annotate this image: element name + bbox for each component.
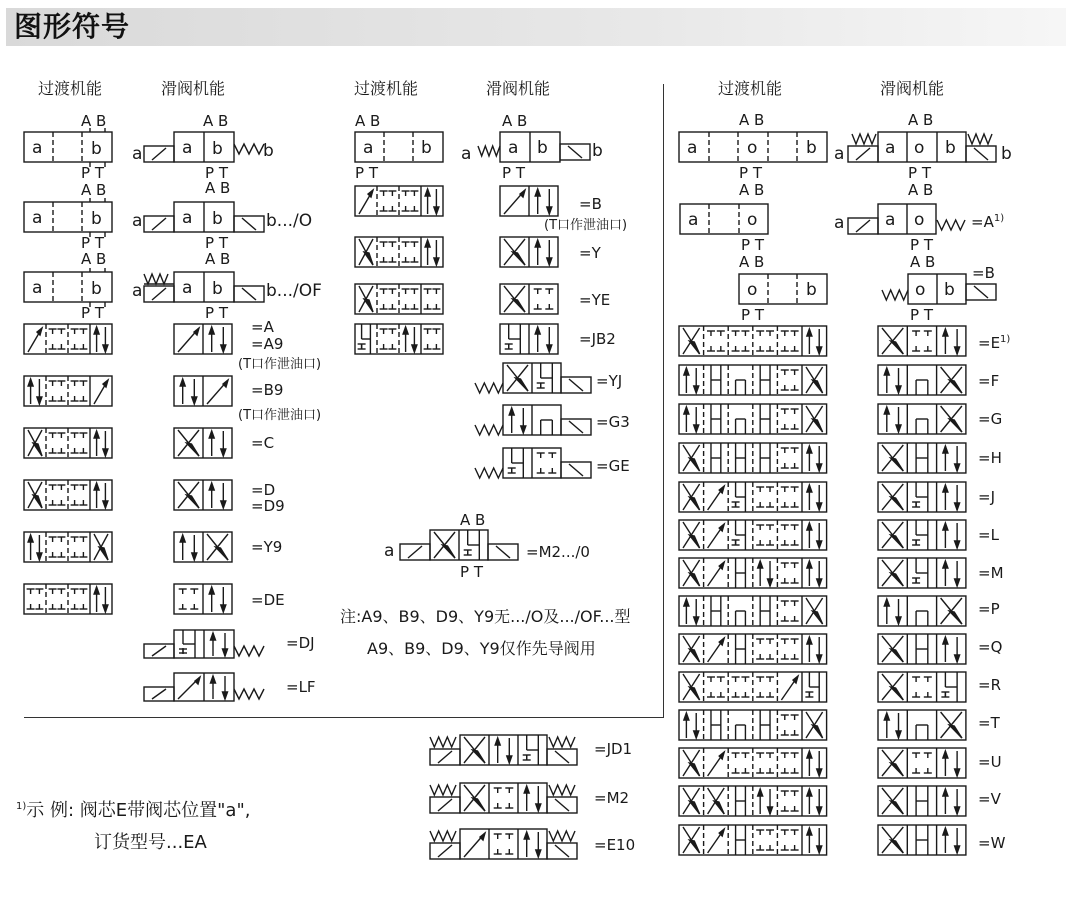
code-label: =DJ — [286, 636, 315, 651]
svg-text:a: a — [32, 208, 42, 228]
code-label: b — [1001, 146, 1012, 163]
svg-text:b: b — [91, 209, 102, 229]
code-label: =E10 — [594, 838, 635, 853]
svg-text:a: a — [508, 138, 518, 158]
code-label: b.../O — [266, 213, 312, 230]
svg-text:o: o — [747, 280, 757, 300]
svg-text:a: a — [182, 138, 192, 158]
code-label: =Y9 — [251, 540, 282, 555]
code-label: =JB2 — [579, 332, 616, 347]
example-text: 示 例: 阀芯E带阀芯位置"a", — [26, 800, 250, 821]
port-label-ab: A B — [205, 252, 230, 267]
code-label: =G — [978, 412, 1002, 427]
code-label: =B — [972, 266, 995, 281]
port-label-pt: P T — [81, 166, 104, 181]
port-label-pt: P T — [502, 166, 525, 181]
code-label: =YJ — [596, 374, 622, 389]
code-label: =J — [978, 490, 995, 505]
port-label-pt: P T — [205, 236, 228, 251]
port-label-ab: A B — [205, 181, 230, 196]
svg-text:a: a — [688, 210, 698, 230]
svg-text:b: b — [945, 138, 956, 158]
code-text: =P — [978, 600, 1000, 618]
code-label: =H — [978, 451, 1002, 466]
svg-text:b: b — [537, 138, 548, 158]
code-label: =C — [251, 436, 274, 451]
code-text: =J — [978, 488, 995, 506]
example-footnote-line-2: 订货型号...EA — [94, 828, 207, 854]
code-label: =Q — [978, 640, 1002, 655]
code-text: =A — [971, 213, 994, 231]
code-label: =A — [251, 320, 274, 335]
code-label: =D — [251, 483, 275, 498]
svg-text:o: o — [747, 138, 757, 158]
svg-text:o: o — [915, 280, 925, 300]
footnote-marker: 1) — [16, 801, 26, 812]
port-label-ab: A B — [502, 114, 527, 129]
position-label-a: a — [834, 215, 844, 232]
port-label-ab: A B — [739, 255, 764, 270]
svg-text:b: b — [944, 280, 955, 300]
position-label-a: a — [834, 146, 844, 163]
port-label-ab: A B — [908, 113, 933, 128]
code-label: =A9 — [251, 337, 283, 352]
svg-text:o: o — [747, 210, 757, 230]
svg-text:b: b — [421, 138, 432, 158]
code-label: b — [592, 143, 603, 160]
port-label-ab: A B — [908, 183, 933, 198]
code-label: =T — [978, 716, 1000, 731]
footnote-line-1: 注:A9、B9、D9、Y9无.../O及.../OF...型 — [340, 604, 631, 627]
port-label-ab: A B — [203, 114, 228, 129]
port-label-pt: P T — [908, 166, 931, 181]
code-label: =JD1 — [594, 742, 632, 757]
code-text: =L — [978, 526, 999, 544]
svg-text:a: a — [182, 278, 192, 298]
port-label-ab: A B — [81, 114, 106, 129]
code-text: =F — [978, 372, 999, 390]
port-label-pt: P T — [910, 308, 933, 323]
note-label: (T口作泄油口) — [238, 358, 321, 371]
svg-text:b: b — [212, 139, 223, 159]
port-label-pt: P T — [741, 308, 764, 323]
code-text: =U — [978, 753, 1002, 771]
code-label: =Y — [579, 246, 601, 261]
code-label: =G3 — [596, 415, 630, 430]
code-label: b — [263, 143, 274, 160]
port-label-pt: P T — [460, 565, 483, 580]
code-label: =U — [978, 755, 1002, 770]
svg-text:a: a — [885, 138, 895, 158]
code-label: =R — [978, 678, 1001, 693]
svg-text:a: a — [363, 138, 373, 158]
code-label: =LF — [286, 680, 316, 695]
code-label: =GE — [596, 459, 630, 474]
note-label: (T口作泄油口) — [544, 219, 627, 232]
code-label: =E1) — [978, 335, 1010, 351]
position-label-a: a — [132, 213, 142, 230]
svg-text:o: o — [914, 138, 924, 158]
example-footnote-line-1: 1)示 例: 阀芯E带阀芯位置"a", — [16, 796, 250, 822]
position-label-a: a — [384, 543, 394, 560]
svg-text:o: o — [914, 210, 924, 230]
svg-text:b: b — [91, 279, 102, 299]
port-label-ab: A B — [81, 183, 106, 198]
code-label: =M2 — [594, 791, 629, 806]
port-label-pt: P T — [355, 166, 378, 181]
code-label: =A1) — [971, 214, 1004, 230]
svg-text:a: a — [32, 138, 42, 158]
footnote-marker: 1) — [1000, 334, 1010, 345]
code-label: =P — [978, 602, 1000, 617]
svg-text:b: b — [91, 139, 102, 159]
port-label-pt: P T — [81, 236, 104, 251]
code-text: =T — [978, 714, 1000, 732]
svg-text:b: b — [806, 138, 817, 158]
footnote-line-2: A9、B9、D9、Y9仅作先导阀用 — [367, 636, 596, 659]
code-label: =YE — [579, 293, 610, 308]
code-text: =W — [978, 834, 1005, 852]
valve-symbols-canvas: ababababababababaobaobaoaoobob — [0, 0, 1066, 903]
port-label-ab: A B — [81, 252, 106, 267]
code-label: =B — [579, 197, 602, 212]
position-label-a: a — [461, 146, 471, 163]
code-label: =D9 — [251, 499, 285, 514]
svg-text:b: b — [212, 279, 223, 299]
code-text: =V — [978, 790, 1001, 808]
code-label: =F — [978, 374, 999, 389]
note-label: (T口作泄油口) — [238, 409, 321, 422]
port-label-pt: P T — [81, 306, 104, 321]
position-label-a: a — [132, 283, 142, 300]
code-label: b.../OF — [266, 283, 322, 300]
port-label-pt: P T — [910, 238, 933, 253]
port-label-ab: A B — [355, 114, 380, 129]
code-text: =H — [978, 449, 1002, 467]
port-label-ab: A B — [739, 113, 764, 128]
code-text: =E — [978, 334, 1000, 352]
code-label: =V — [978, 792, 1001, 807]
code-text: =R — [978, 676, 1001, 694]
position-label-a: a — [132, 146, 142, 163]
code-label: =M2.../0 — [526, 545, 590, 560]
port-label-pt: P T — [741, 238, 764, 253]
port-label-ab: A B — [739, 183, 764, 198]
code-label: =M — [978, 566, 1004, 581]
code-label: =B9 — [251, 383, 283, 398]
code-text: =Q — [978, 638, 1002, 656]
svg-text:b: b — [212, 209, 223, 229]
port-label-pt: P T — [205, 306, 228, 321]
footnote-marker: 1) — [994, 213, 1004, 224]
port-label-pt: P T — [739, 166, 762, 181]
svg-text:a: a — [32, 278, 42, 298]
code-label: =DE — [251, 593, 285, 608]
port-label-ab: A B — [910, 255, 935, 270]
code-label: =W — [978, 836, 1005, 851]
svg-text:a: a — [885, 210, 895, 230]
svg-text:a: a — [182, 208, 192, 228]
svg-text:b: b — [806, 280, 817, 300]
port-label-ab: A B — [460, 513, 485, 528]
code-text: =M — [978, 564, 1004, 582]
code-text: =G — [978, 410, 1002, 428]
code-label: =L — [978, 528, 999, 543]
svg-text:a: a — [687, 138, 697, 158]
